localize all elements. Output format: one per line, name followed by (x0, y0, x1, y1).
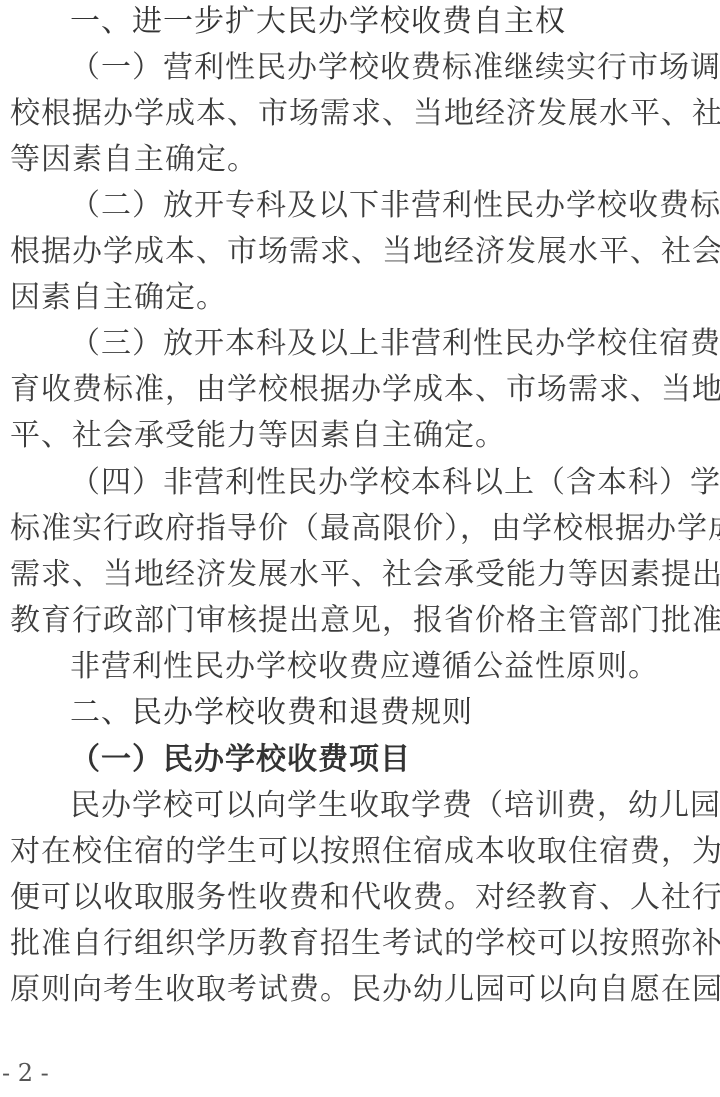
paragraph-line: 民办学校可以向学生收取学费（培训费，幼儿园保教费）， (70, 786, 710, 826)
paragraph-line: 等因素自主确定。 (10, 140, 710, 180)
paragraph-line: （三）放开本科及以上非营利性民办学校住宿费、非学历教 (70, 324, 710, 364)
paragraph-line: 育收费标准，由学校根据办学成本、市场需求、当地社会发展水 (10, 370, 710, 410)
paragraph-line: 对在校住宿的学生可以按照住宿成本收取住宿费，为学生提供方 (10, 832, 710, 872)
paragraph-line: （二）放开专科及以下非营利性民办学校收费标准，由学校 (70, 186, 710, 226)
section-heading: 一、进一步扩大民办学校收费自主权 (70, 2, 710, 42)
paragraph-line: 平、社会承受能力等因素自主确定。 (10, 416, 710, 456)
paragraph-line: （四）非营利性民办学校本科以上（含本科）学历教育学费 (70, 463, 710, 503)
paragraph-line: （一）营利性民办学校收费标准继续实行市场调节价，由学 (70, 48, 710, 88)
paragraph-line: 标准实行政府指导价（最高限价），由学校根据办学成本、市场 (10, 509, 710, 549)
section-heading: 二、民办学校收费和退费规则 (70, 693, 710, 733)
paragraph-line: 非营利性民办学校收费应遵循公益性原则。 (70, 647, 710, 687)
section-heading: （一）民办学校收费项目 (70, 740, 710, 780)
paragraph-line: 校根据办学成本、市场需求、当地经济发展水平、社会承受能力 (10, 94, 710, 134)
paragraph-line: 批准自行组织学历教育招生考试的学校可以按照弥补考试成本的 (10, 924, 710, 964)
paragraph-line: 便可以收取服务性收费和代收费。对经教育、人社行政主管部门 (10, 878, 710, 918)
paragraph-line: 教育行政部门审核提出意见，报省价格主管部门批准后执行。 (10, 601, 710, 641)
paragraph-line: 原则向考生收取考试费。民办幼儿园可以向自愿在园就餐的幼儿 (10, 970, 710, 1010)
page-number: - 2 - (2, 1058, 49, 1088)
paragraph-line: 因素自主确定。 (10, 278, 710, 318)
paragraph-line: 根据办学成本、市场需求、当地经济发展水平、社会承受能力等 (10, 232, 710, 272)
paragraph-line: 需求、当地经济发展水平、社会承受能力等因素提出申请，经省 (10, 555, 710, 595)
